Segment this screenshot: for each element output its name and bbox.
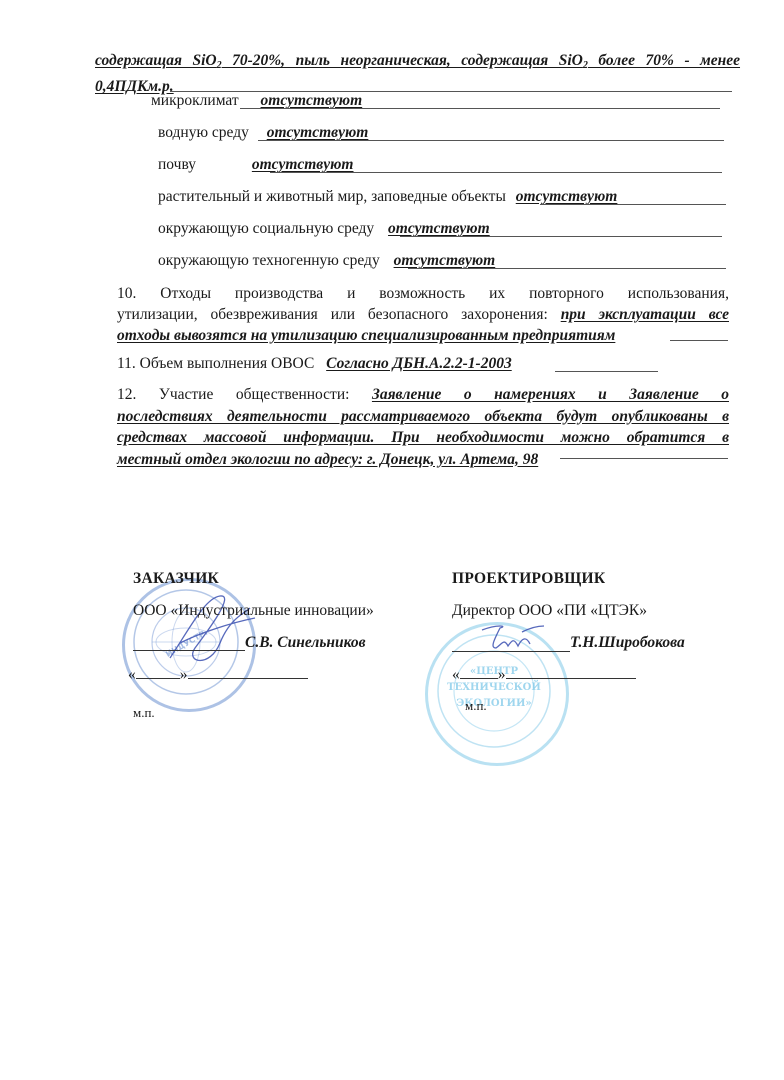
underline bbox=[400, 236, 722, 237]
impact-value: отсутствуют bbox=[252, 156, 354, 173]
designer-org: Директор ООО «ПИ «ЦТЭК» bbox=[452, 602, 647, 620]
impact-value: отсутствуют bbox=[394, 252, 496, 269]
item-12-line-1: 12. Участие общественности: Заявление о … bbox=[117, 384, 729, 406]
designer-signature-line bbox=[452, 651, 570, 652]
customer-date: «» bbox=[128, 666, 308, 684]
impact-label: водную среду bbox=[158, 124, 249, 141]
item-11-label: 11. Объем выполнения ОВОС bbox=[117, 355, 314, 372]
item-10-line-2: утилизации, обезвреживания или безопасно… bbox=[117, 304, 729, 325]
designer-name: Т.Н.Широбокова bbox=[570, 634, 685, 652]
item-10-waste: 10. Отходы производства и возможность их… bbox=[117, 283, 729, 346]
customer-title: ЗАКАЗЧИК bbox=[133, 570, 219, 588]
underline bbox=[540, 204, 726, 205]
item-10-line-1: 10. Отходы производства и возможность их… bbox=[117, 283, 729, 304]
impact-value: отсутствуют bbox=[388, 220, 490, 237]
designer-title: ПРОЕКТИРОВЩИК bbox=[452, 570, 605, 588]
impact-label: окружающую техногенную среду bbox=[158, 252, 380, 269]
customer-stamp-label: м.п. bbox=[133, 705, 155, 721]
item-11-ovos-scope: 11. Объем выполнения ОВОС Согласно ДБН.А… bbox=[117, 355, 512, 373]
impact-label: растительный и животный мир, заповедные … bbox=[158, 188, 506, 205]
underline bbox=[270, 172, 722, 173]
customer-org: ООО «Индустриальные инновации» bbox=[133, 602, 374, 620]
impact-label: окружающую социальную среду bbox=[158, 220, 374, 237]
impact-label: почву bbox=[158, 156, 196, 173]
designer-signature bbox=[478, 622, 548, 654]
item-12-line-3: средствах массовой информации. При необх… bbox=[117, 427, 729, 449]
item-10-line-3: отходы вывозятся на утилизацию специализ… bbox=[117, 325, 729, 346]
item-11-value: Согласно ДБН.А.2.2-1-2003 bbox=[326, 355, 512, 372]
continuation-text: содержащая SiO2 70-20%, пыль неорганичес… bbox=[95, 50, 740, 97]
underline bbox=[408, 268, 726, 269]
designer-stamp-label: м.п. bbox=[465, 698, 487, 714]
impact-label: микроклимат bbox=[151, 92, 239, 109]
customer-name: С.В. Синельников bbox=[245, 634, 366, 652]
impact-value: отсутствуют bbox=[267, 124, 369, 141]
designer-date: «» bbox=[452, 666, 636, 684]
customer-signature-line bbox=[133, 650, 245, 651]
impact-value: отсутствуют bbox=[516, 188, 618, 205]
underline bbox=[240, 108, 720, 109]
impact-value: отсутствуют bbox=[261, 92, 363, 109]
continuation-line-1: содержащая SiO2 70-20%, пыль неорганичес… bbox=[95, 50, 740, 76]
item-12-line-4: местный отдел экологии по адресу: г. Дон… bbox=[117, 449, 729, 471]
underline bbox=[555, 371, 658, 372]
underline bbox=[560, 458, 728, 459]
item-12-line-2: последствиях деятельности рассматриваемо… bbox=[117, 406, 729, 428]
underline bbox=[670, 340, 728, 341]
underline bbox=[258, 140, 724, 141]
